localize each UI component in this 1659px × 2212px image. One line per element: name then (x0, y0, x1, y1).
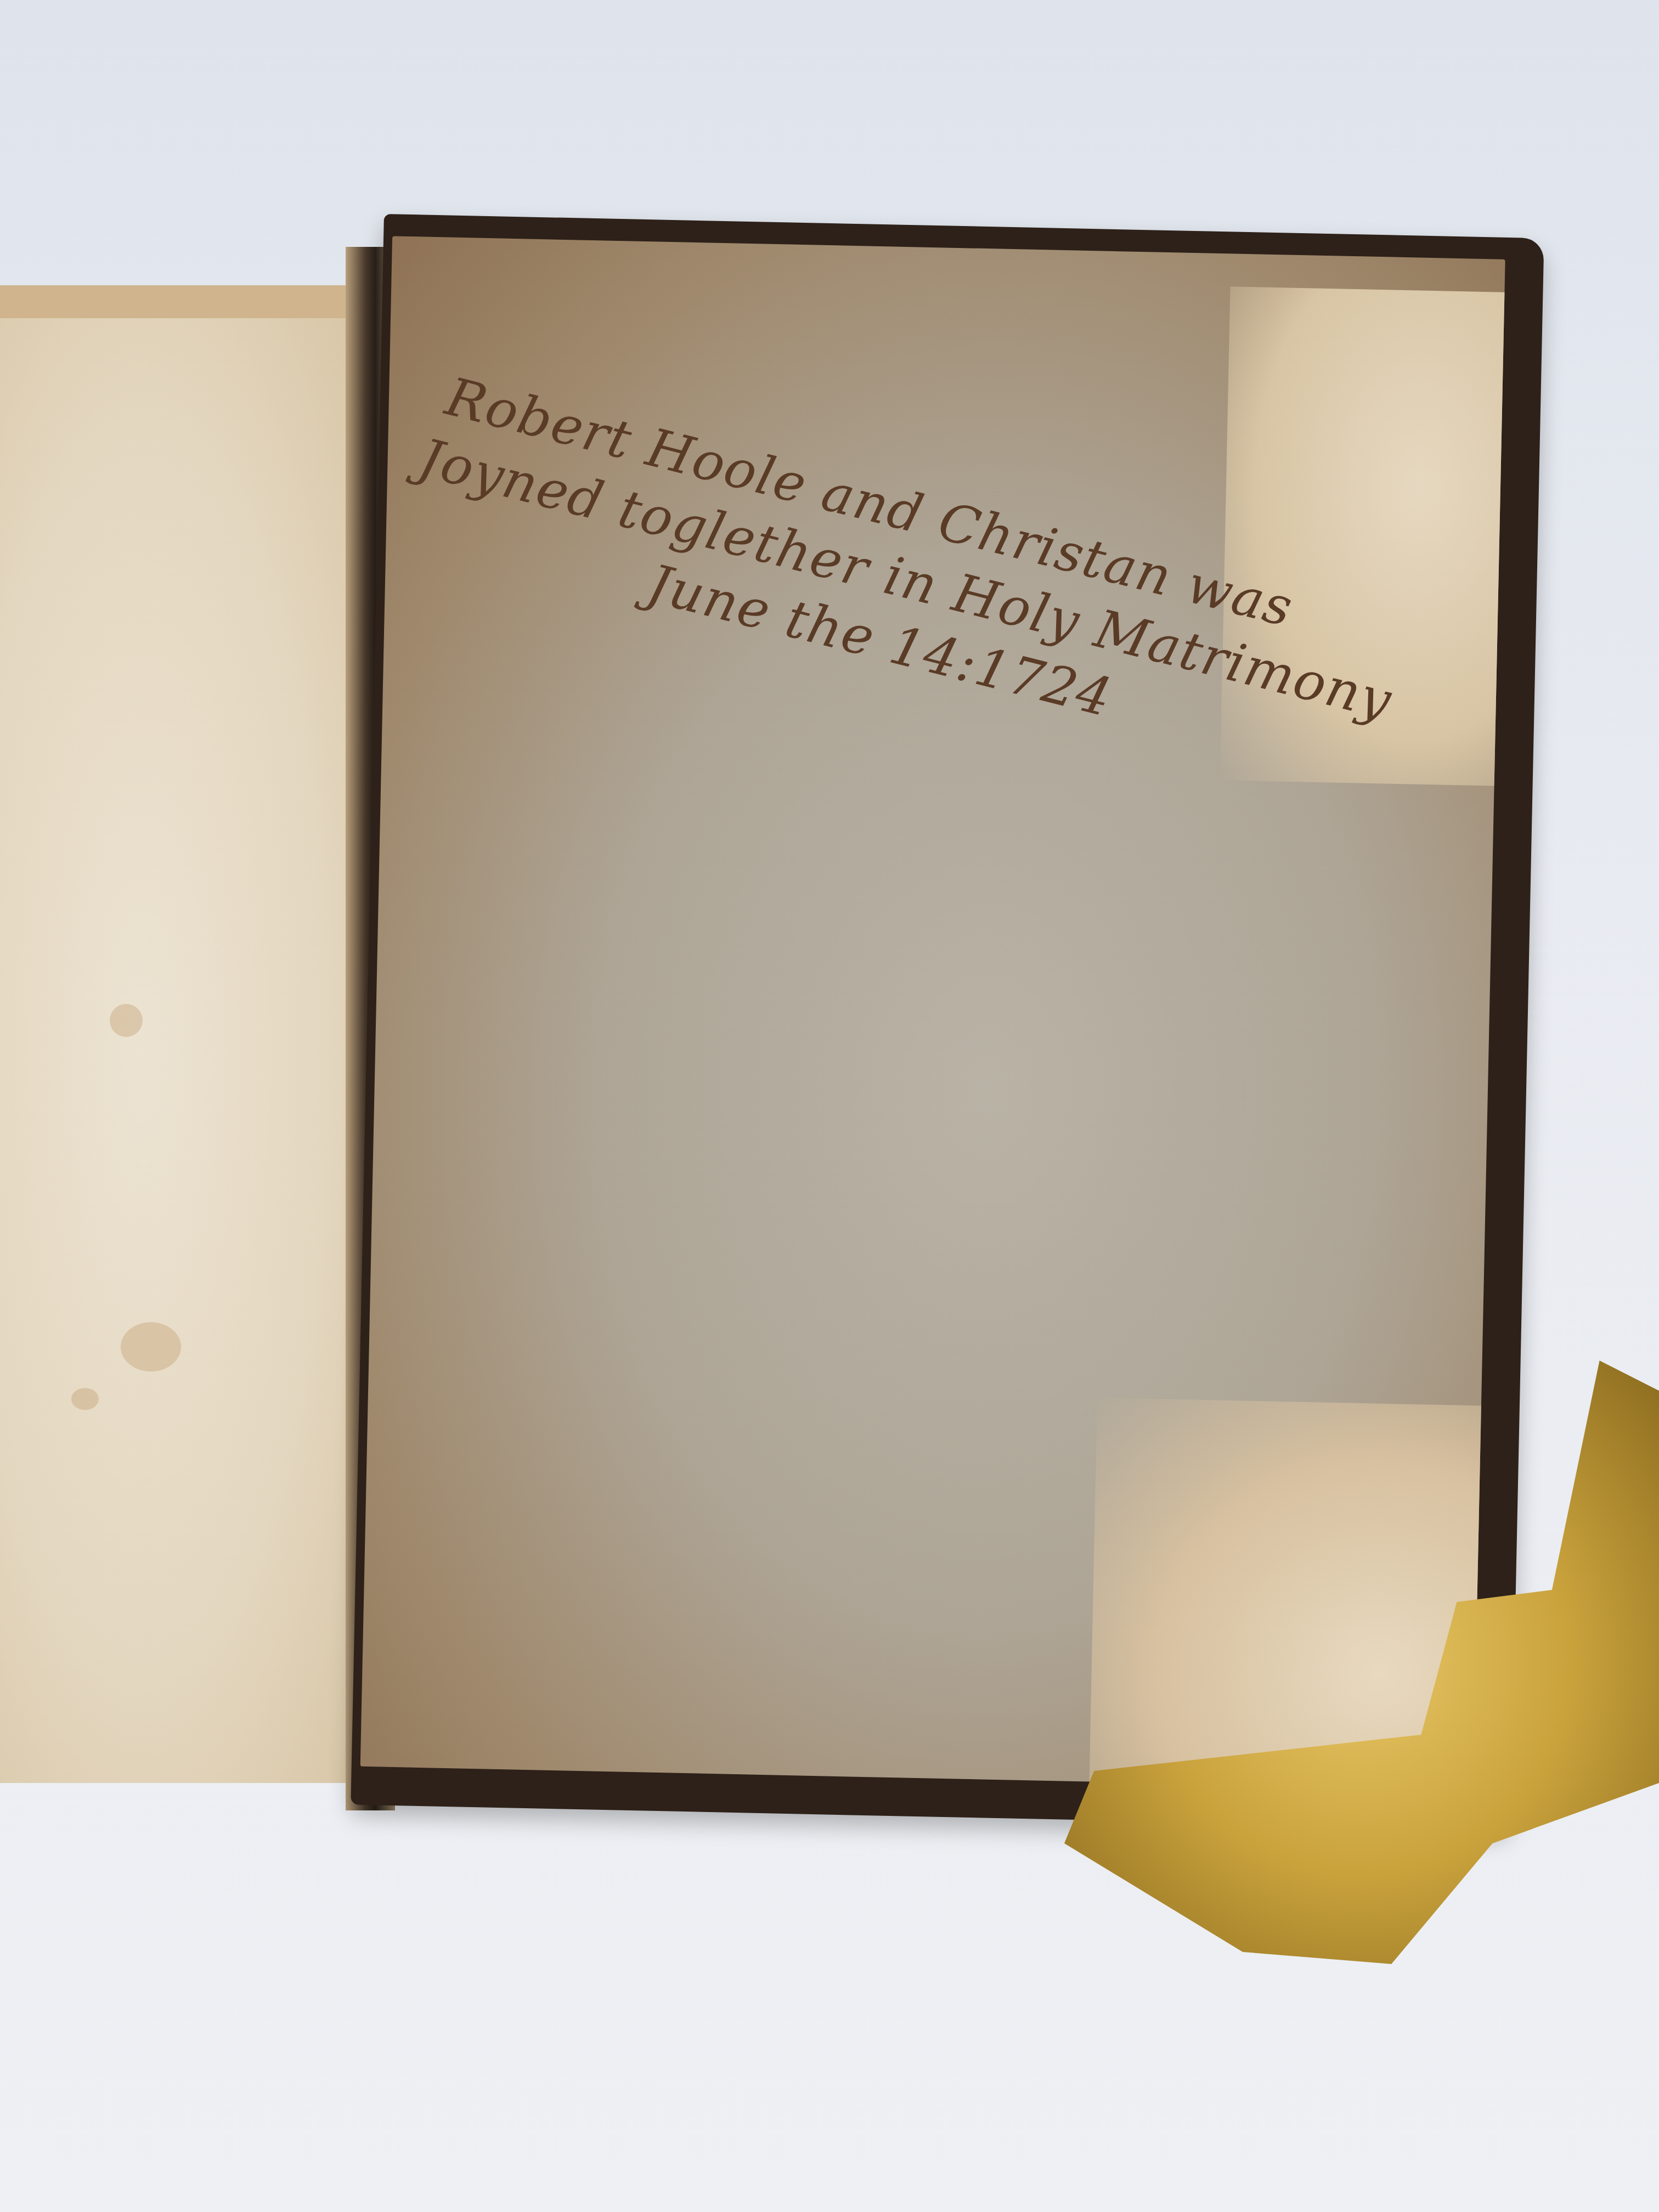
left-flyleaf (0, 285, 357, 1783)
foxing-stain (121, 1322, 181, 1372)
foxing-stain (71, 1388, 99, 1410)
foxing-stain (110, 1004, 143, 1037)
book-front-board: Robert Hoole and Christan was Joyned tog… (351, 214, 1544, 1829)
pastedown-page: Robert Hoole and Christan was Joyned tog… (360, 236, 1505, 1790)
